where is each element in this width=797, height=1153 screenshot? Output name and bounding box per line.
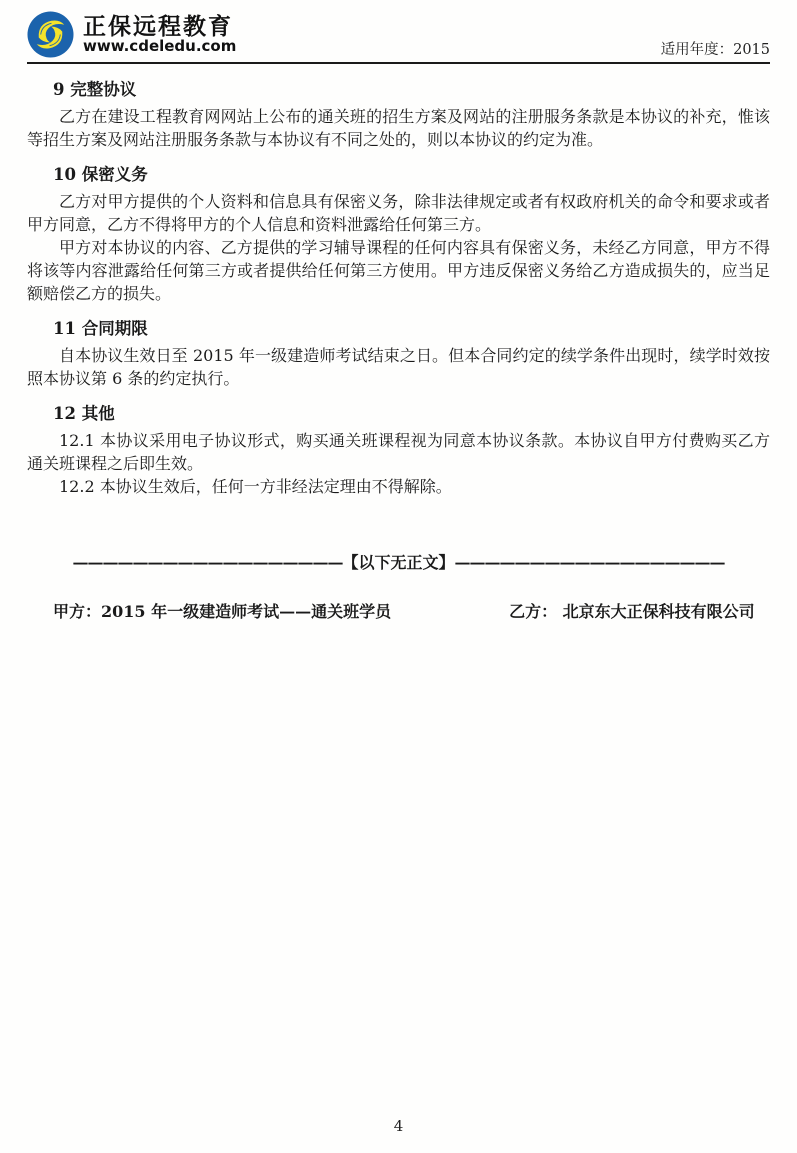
section-paragraph: 乙方在建设工程教育网网站上公布的通关班的招生方案及网站的注册服务条款是本协议的补… <box>27 105 770 151</box>
section-paragraph: 乙方对甲方提供的个人资料和信息具有保密义务，除非法律规定或者有权政府机关的命令和… <box>27 190 770 236</box>
section-9-entire-agreement: 9 完整协议 乙方在建设工程教育网网站上公布的通关班的招生方案及网站的注册服务条… <box>27 78 770 151</box>
brand-url: www.cdeledu.com <box>83 39 236 55</box>
applicable-year-label: 适用年度：2015 <box>661 38 770 62</box>
divider-dashes-left: —————————————————— <box>72 553 342 572</box>
section-heading: 11 合同期限 <box>53 317 770 340</box>
party-b-signature: 乙方： 北京东大正保科技有限公司 <box>509 599 755 622</box>
brand-text: 正保远程教育 www.cdeledu.com <box>83 15 236 55</box>
section-heading: 12 其他 <box>53 402 770 425</box>
section-heading: 10 保密义务 <box>53 163 770 186</box>
contract-body: 9 完整协议 乙方在建设工程教育网网站上公布的通关班的招生方案及网站的注册服务条… <box>27 68 770 510</box>
section-paragraph: 12.1 本协议采用电子协议形式，购买通关班课程视为同意本协议条款。本协议自甲方… <box>27 429 770 475</box>
section-heading: 9 完整协议 <box>53 78 770 101</box>
divider-label: 【以下无正文】 <box>342 553 454 572</box>
party-a-signature: 甲方：2015 年一级建造师考试——通关班学员 <box>53 599 391 622</box>
cdeledu-logo-icon <box>27 11 74 58</box>
brand-block: 正保远程教育 www.cdeledu.com <box>27 11 236 58</box>
signature-row: 甲方：2015 年一级建造师考试——通关班学员 乙方： 北京东大正保科技有限公司 <box>27 599 770 622</box>
no-further-text-divider: ——————————————————【以下无正文】———————————————… <box>27 550 770 573</box>
section-paragraph: 甲方对本协议的内容、乙方提供的学习辅导课程的任何内容具有保密义务，未经乙方同意，… <box>27 236 770 305</box>
page-header: 正保远程教育 www.cdeledu.com 适用年度：2015 <box>27 0 770 64</box>
document-page: 正保远程教育 www.cdeledu.com 适用年度：2015 9 完整协议 … <box>0 0 797 1153</box>
section-11-contract-term: 11 合同期限 自本协议生效日至 2015 年一级建造师考试结束之日。但本合同约… <box>27 317 770 390</box>
section-10-confidentiality: 10 保密义务 乙方对甲方提供的个人资料和信息具有保密义务，除非法律规定或者有权… <box>27 163 770 305</box>
page-footer: 4 <box>0 1117 797 1153</box>
blank-space <box>0 622 797 1117</box>
brand-title: 正保远程教育 <box>83 15 236 39</box>
section-paragraph: 12.2 本协议生效后，任何一方非经法定理由不得解除。 <box>27 475 770 498</box>
divider-dashes-right: —————————————————— <box>455 553 725 572</box>
section-12-miscellaneous: 12 其他 12.1 本协议采用电子协议形式，购买通关班课程视为同意本协议条款。… <box>27 402 770 498</box>
page-number: 4 <box>394 1117 404 1135</box>
section-paragraph: 自本协议生效日至 2015 年一级建造师考试结束之日。但本合同约定的续学条件出现… <box>27 344 770 390</box>
